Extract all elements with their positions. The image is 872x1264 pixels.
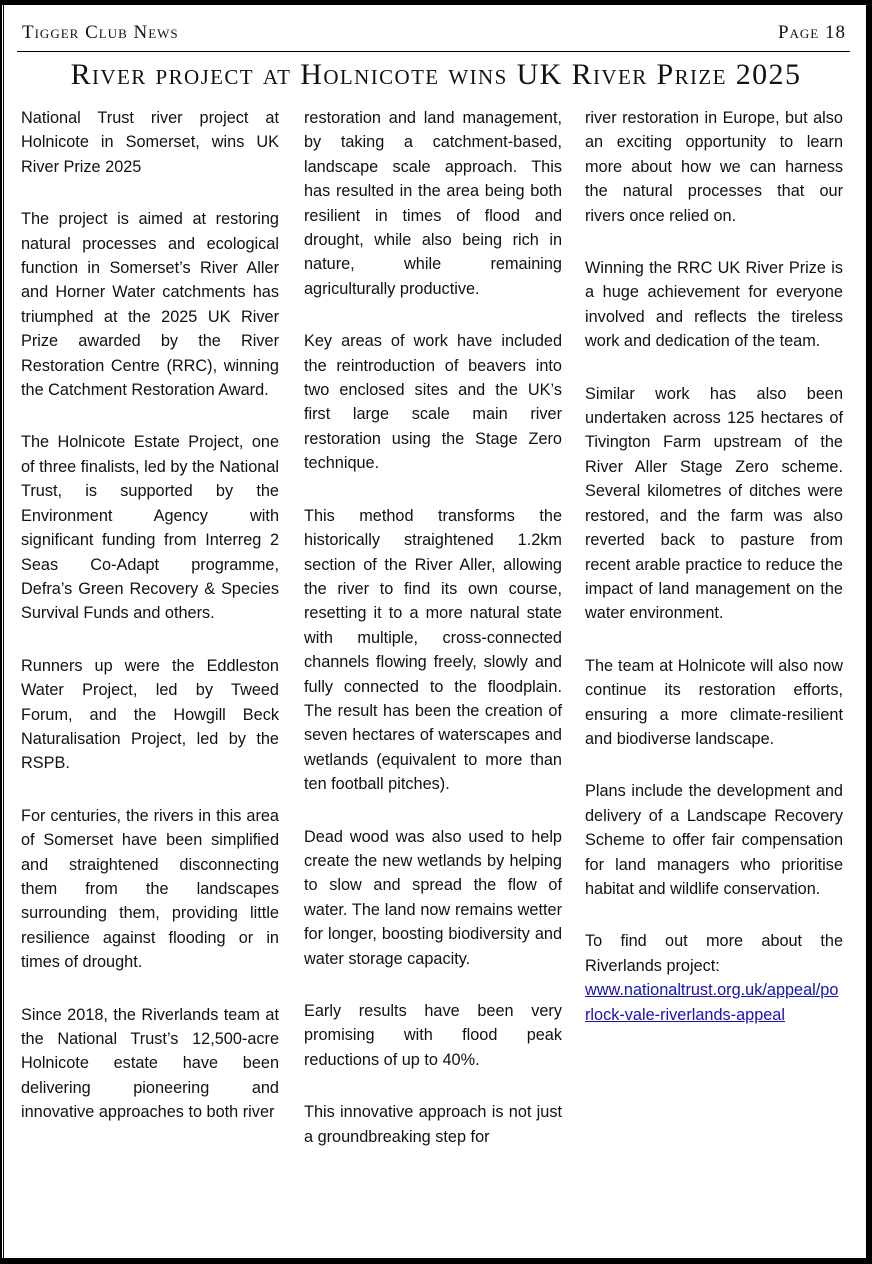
paragraph: Early results have been very promising w… [304, 999, 562, 1072]
page-number: Page 18 [778, 22, 846, 44]
paragraph: Runners up were the Eddleston Water Proj… [21, 654, 279, 776]
article-column-2: restoration and land management, by taki… [304, 106, 562, 1177]
paragraph: The project is aimed at restoring natura… [21, 207, 279, 402]
paragraph: Similar work has also been undertaken ac… [585, 382, 843, 626]
running-header: Tigger Club News Page 18 [22, 20, 846, 50]
paragraph: The Holnicote Estate Project, one of thr… [21, 430, 279, 625]
paragraph: Dead wood was also used to help create t… [304, 825, 562, 971]
article-column-1: National Trust river project at Holnicot… [21, 106, 279, 1153]
paragraph: river restoration in Europe, but also an… [585, 106, 843, 228]
paragraph: This innovative approach is not just a g… [304, 1100, 562, 1149]
paragraph: Plans include the development and delive… [585, 779, 843, 901]
header-divider [17, 51, 850, 52]
paragraph: Since 2018, the Riverlands team at the N… [21, 1003, 279, 1125]
paragraph: Key areas of work have included the rein… [304, 329, 562, 475]
paragraph: National Trust river project at Holnicot… [21, 106, 279, 179]
paragraph: This method transforms the historically … [304, 504, 562, 797]
publication-name: Tigger Club News [22, 22, 179, 44]
paragraph: Winning the RRC UK River Prize is a huge… [585, 256, 843, 354]
article-title: River project at Holnicote wins UK River… [0, 58, 872, 92]
paragraph: restoration and land management, by taki… [304, 106, 562, 301]
link-paragraph: www.nationaltrust.org.uk/appeal/porlock-… [585, 978, 843, 1027]
paragraph: For centuries, the rivers in this area o… [21, 804, 279, 975]
riverlands-link[interactable]: www.nationaltrust.org.uk/appeal/porlock-… [585, 981, 838, 1023]
paragraph: To find out more about the Riverlands pr… [585, 929, 843, 978]
article-column-3: river restoration in Europe, but also an… [585, 106, 843, 1055]
paragraph: The team at Holnicote will also now cont… [585, 654, 843, 752]
